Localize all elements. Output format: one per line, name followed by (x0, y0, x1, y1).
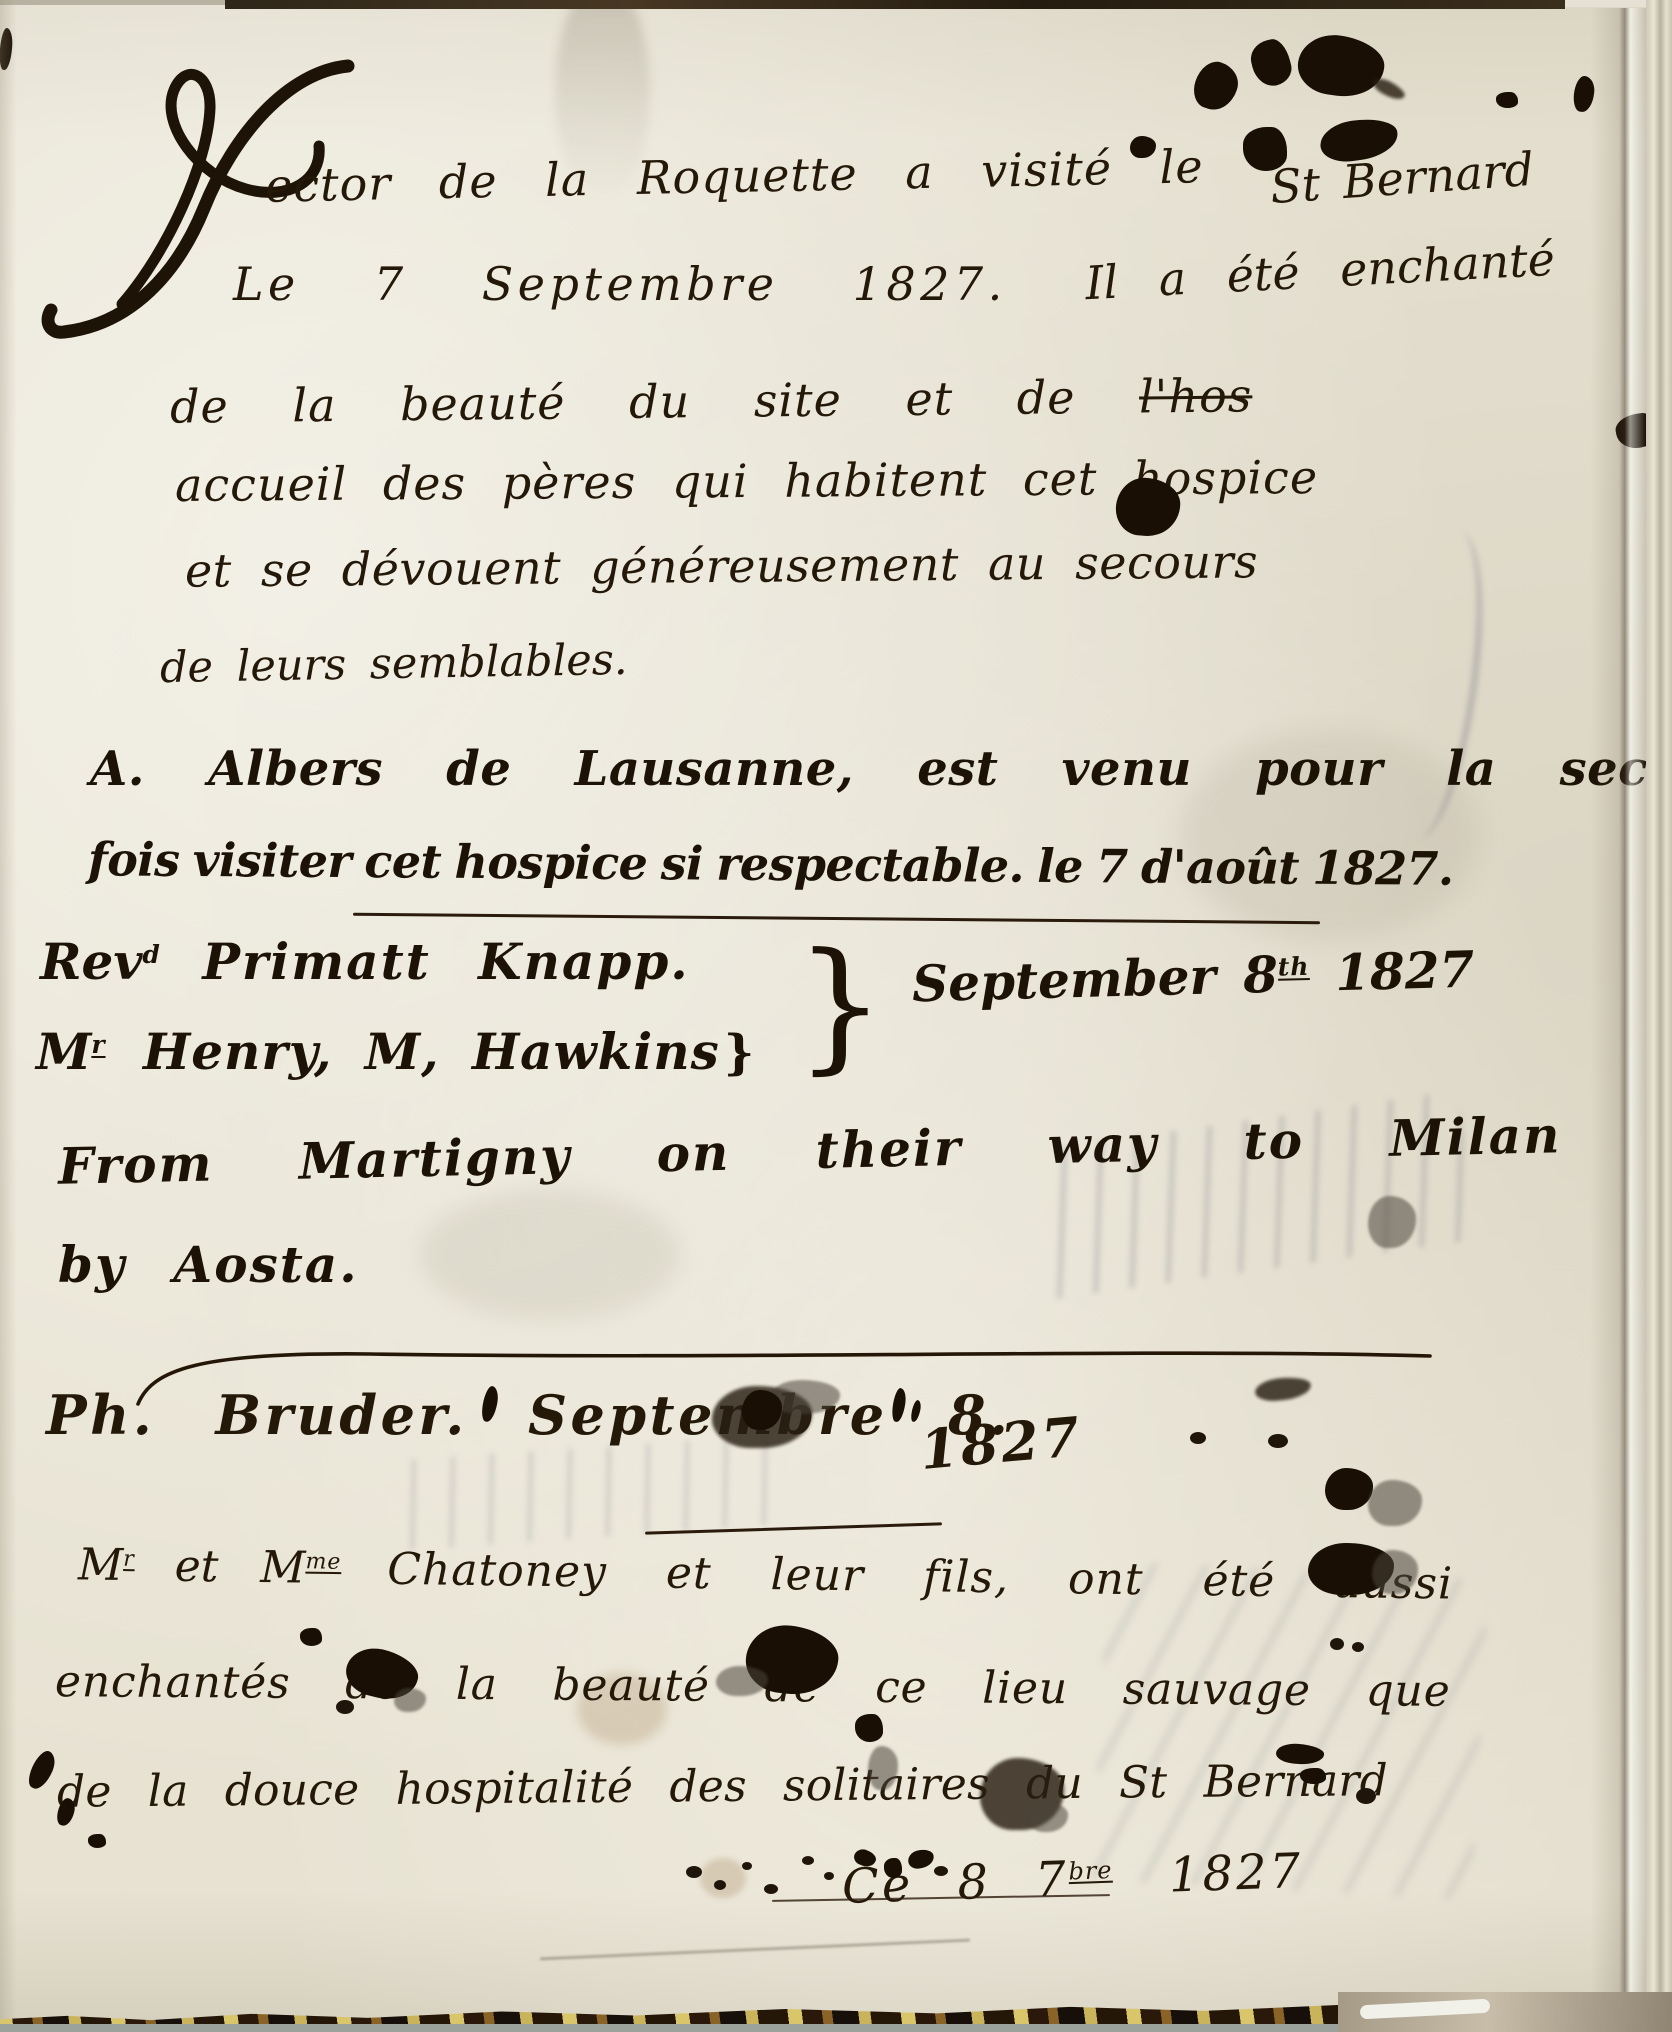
ink-speck (1330, 1638, 1344, 1650)
ink-blot (1294, 30, 1388, 101)
entry-roquette-line-2b: Il a été enchanté (1084, 233, 1556, 310)
ink-speck (1352, 1642, 1364, 1652)
page-edge-left (0, 0, 24, 2032)
rev-abbrev: Rev (40, 932, 142, 991)
ink-blot (1300, 1768, 1326, 1784)
ink-blot (1496, 92, 1518, 108)
names-brace: } (795, 935, 885, 1077)
date-year: 1827 (1334, 940, 1475, 1003)
ink-speck (934, 1866, 948, 1876)
hawkins-brace: } (724, 1025, 755, 1081)
entry-albers-line-2: fois visiter cet hospice si respectable.… (88, 833, 1454, 895)
ink-speck (824, 1872, 834, 1880)
entry-bruder-year: 1827 (918, 1405, 1085, 1481)
paper-stain (700, 1858, 746, 1898)
entry-knapp-date: September 8th 1827 (911, 941, 1475, 1013)
conjunction: et (174, 1541, 218, 1593)
paper-stain (420, 1190, 680, 1320)
ink-blot (300, 1628, 322, 1646)
monsieur-superscript: r (123, 1547, 135, 1572)
manuscript-page: ector de la Roquette a visité le St Bern… (0, 0, 1672, 2032)
entry-roquette-line-3a: de la beauté du site et de (170, 370, 1076, 433)
madame-superscript: me (305, 1549, 341, 1574)
month-superscript: bre (1068, 1856, 1113, 1886)
page-edge-top-left (0, 0, 225, 5)
ink-speck (714, 1880, 726, 1890)
entry-roquette-line-6: de leurs semblables. (160, 636, 628, 694)
madame-abbrev: M (260, 1542, 306, 1594)
ink-blot (1243, 127, 1287, 171)
ink-blot (855, 1714, 883, 1742)
ink-blot (1325, 1468, 1373, 1510)
entry-chatoney-line-1: Mr et Mme Chatoney et leur fils, ont été… (78, 1540, 1454, 1610)
entry-bruder-line-1: Ph. Bruder. Septembre 8. (46, 1384, 1011, 1446)
ink-speck (802, 1856, 814, 1865)
ink-blot (1189, 57, 1244, 116)
mister-abbrev: M (36, 1022, 91, 1081)
ink-speck (742, 1862, 752, 1870)
entry-hawkins-name: Mr Henry, M, Hawkins} (36, 1023, 754, 1081)
rev-superscript: d (142, 940, 160, 969)
monsieur-abbrev: M (78, 1539, 124, 1591)
date-month-day: September 8 (911, 945, 1278, 1014)
ink-speck (686, 1866, 702, 1878)
entry-knapp-name1: Revd Primatt Knapp. (40, 933, 690, 991)
page-fold (1590, 8, 1646, 2006)
date-ordinal-superscript: th (1277, 952, 1309, 982)
entry-roquette-line-3b-struck: l'hos (1139, 368, 1253, 423)
ink-speck (1190, 1432, 1206, 1444)
ink-blot (1247, 36, 1295, 90)
entry-roquette-line-1a: ector de la Roquette a visité le (265, 140, 1205, 213)
ink-speck (764, 1884, 778, 1894)
date-year: 1827 (1168, 1843, 1304, 1904)
ink-smudge (1028, 1802, 1068, 1832)
ink-speck (1268, 1434, 1288, 1448)
cover-edge-top (225, 0, 1565, 9)
scratch-mark (540, 1939, 970, 1961)
hawkins-name: Henry, M, Hawkins (143, 1022, 720, 1081)
ink-bleed-through (377, 1434, 782, 1552)
page-edge-right (1646, 0, 1672, 2032)
entry-roquette-line-2a: Le 7 Septembre 1827. (233, 258, 1007, 311)
ink-speck (336, 1700, 354, 1714)
chatoney-rest: Chatoney et leur fils, ont été aussi (387, 1544, 1453, 1610)
entry-roquette-line-3: de la beauté du site et de l'hos (170, 369, 1253, 433)
ink-smudge (1368, 1480, 1422, 1526)
ink-blot (884, 1858, 902, 1878)
ink-blot (25, 1748, 60, 1793)
entry-albers-line-1: A. Albers de Lausanne, est venu pour la … (90, 742, 1672, 797)
ink-blot (88, 1834, 106, 1848)
entry-roquette-line-5: et se dévouent généreusement au secours (185, 535, 1259, 597)
ink-blot (1371, 75, 1408, 103)
entry-knapp-line-4: by Aosta. (58, 1236, 359, 1294)
mister-superscript: r (91, 1030, 105, 1059)
ink-speck (1356, 1788, 1376, 1804)
entry-roquette-line-1b: St Bernard (1268, 143, 1535, 214)
knapp-name: Primatt Knapp. (202, 932, 689, 991)
